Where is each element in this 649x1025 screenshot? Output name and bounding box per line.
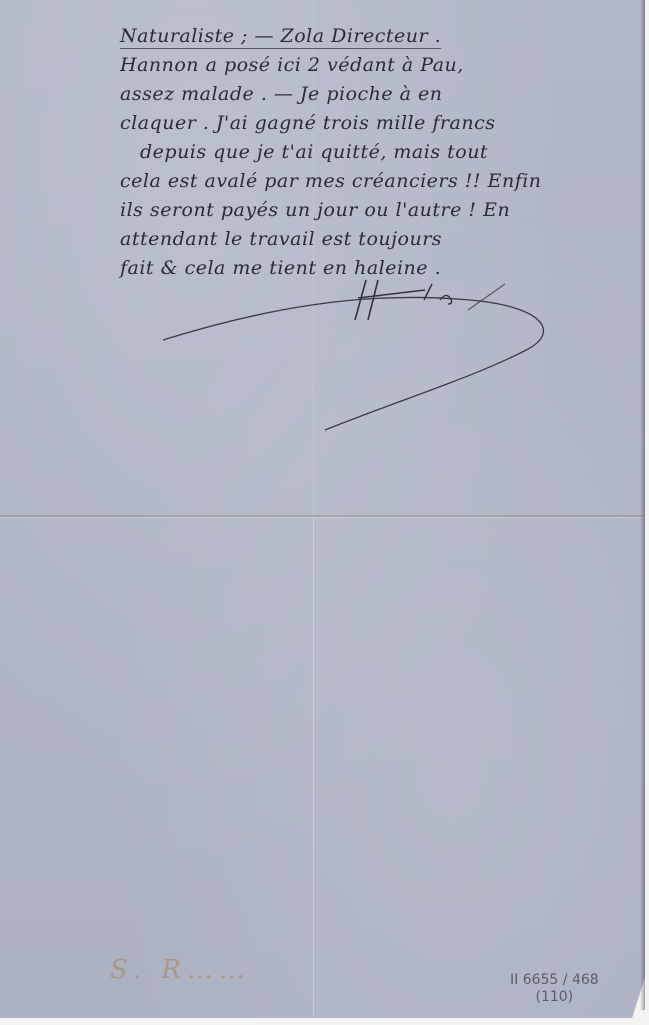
letter-line: assez malade . — Je pioche à en <box>120 80 640 109</box>
archive-folio: (110) <box>510 989 599 1006</box>
letter-line: fait & cela me tient en haleine . <box>120 254 640 283</box>
archive-number: II 6655 / 468 <box>510 972 599 989</box>
vertical-fold-crease <box>313 517 314 1017</box>
letter-line: ils seront payés un jour ou l'autre ! En <box>120 196 640 225</box>
letter-line: Hannon a posé ici 2 védant à Pau, <box>120 51 640 80</box>
letter-line: depuis que je t'ai quitté, mais tout <box>120 138 640 167</box>
letter-line: attendant le travail est toujours <box>120 225 640 254</box>
letter-line: cela est avalé par mes créanciers !! Enf… <box>120 167 640 196</box>
letter-line: claquer . J'ai gagné trois mille francs <box>120 109 640 138</box>
horizontal-fold-crease <box>0 515 645 517</box>
faded-stain-note: S. R…… <box>110 955 251 985</box>
paper-right-edge <box>640 0 645 1010</box>
archive-reference: II 6655 / 468 (110) <box>510 972 599 1006</box>
letter-body: Naturaliste ; — Zola Directeur . Hannon … <box>120 22 640 283</box>
letter-line-header: Naturaliste ; — Zola Directeur . <box>120 22 640 51</box>
